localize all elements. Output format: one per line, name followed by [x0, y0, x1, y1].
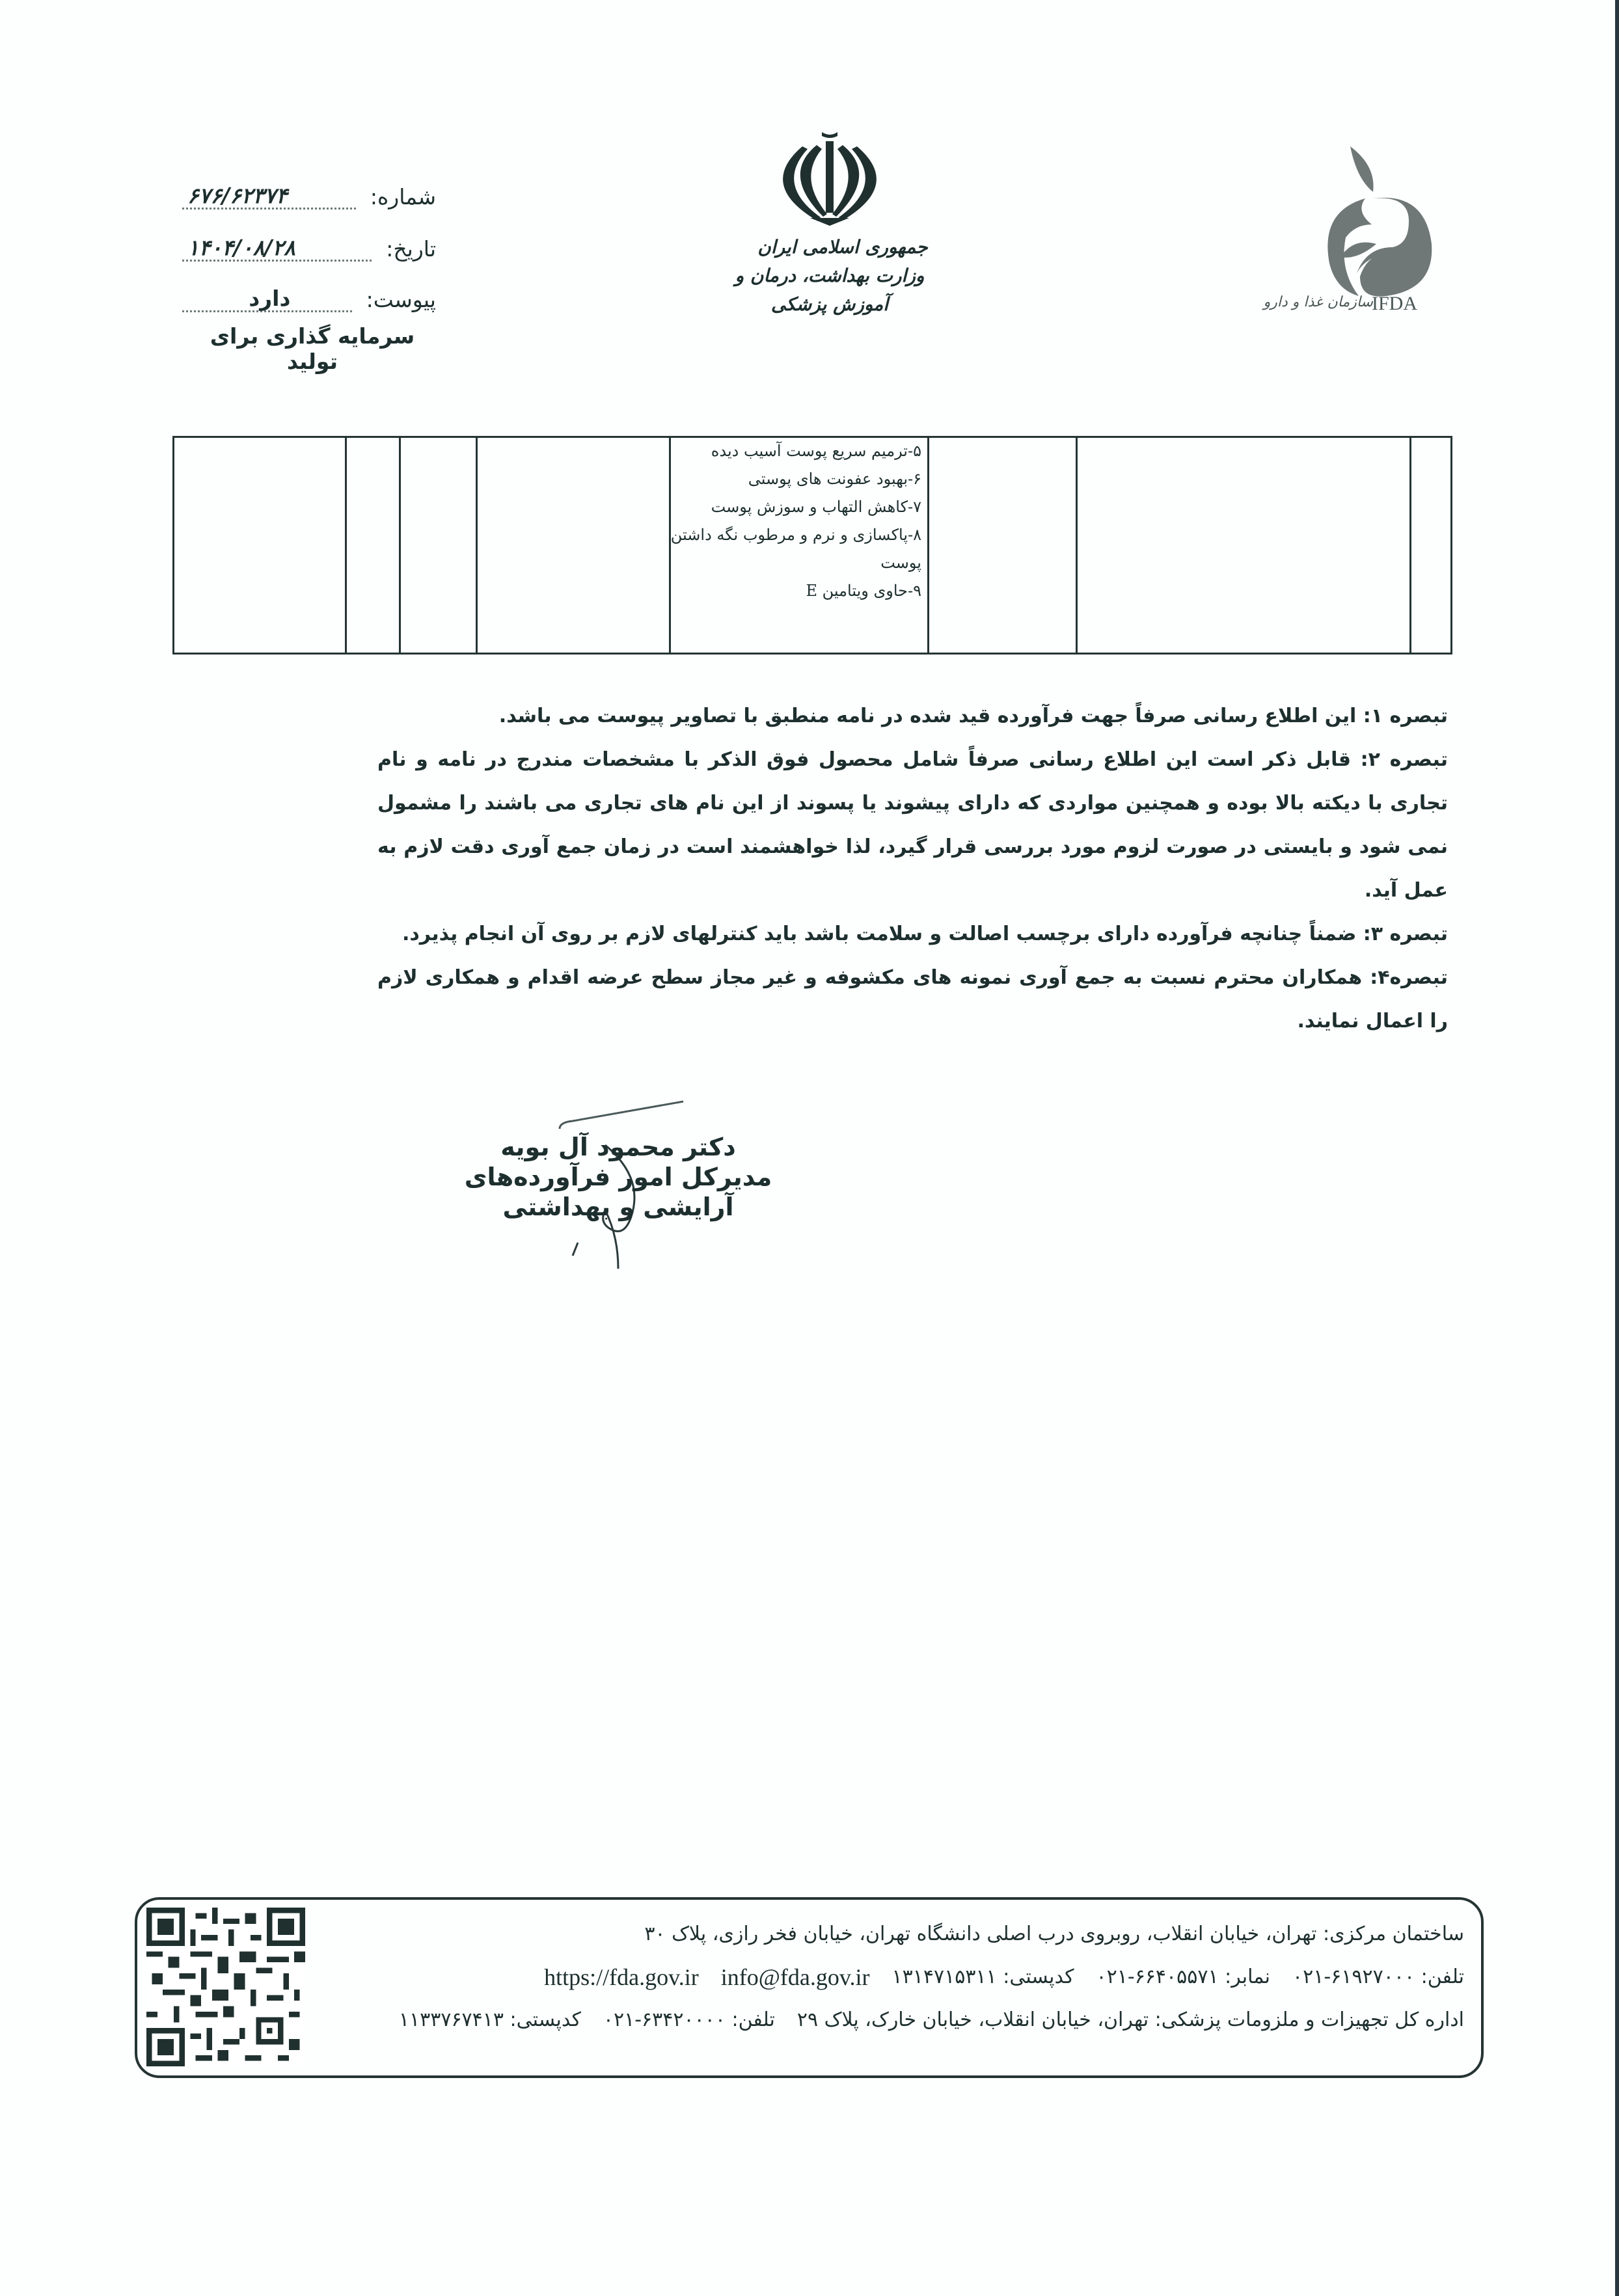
description-item: ۹-حاوی ویتامین E — [669, 577, 921, 605]
email-link[interactable]: info@fda.gov.ir — [721, 1956, 870, 1999]
attachment-label: پیوست: — [366, 287, 436, 312]
table-divider — [476, 438, 478, 653]
date-value: ۱۴۰۴/۰۸/۲۸ — [182, 237, 372, 262]
note-label: تبصره۴: — [1370, 966, 1448, 989]
note-3: تبصره ۳: ضمناً چنانچه فرآورده دارای برچس… — [377, 912, 1448, 956]
description-item: پوست — [669, 549, 921, 577]
table-divider — [345, 438, 347, 653]
central-contacts: تلفن: ۶۱۹۲۷۰۰۰-۰۲۱ نمابر: ۶۶۴۰۵۵۷۱-۰۲۱ ک… — [312, 1956, 1464, 1999]
iran-emblem-icon — [771, 127, 888, 231]
fax: نمابر: ۶۶۴۰۵۵۷۱-۰۲۱ — [1096, 1956, 1270, 1999]
footer-contact: ساختمان مرکزی: تهران، خیابان انقلاب، روب… — [312, 1913, 1464, 2042]
website-link[interactable]: https://fda.gov.ir — [544, 1956, 699, 1999]
note-2: تبصره ۲: قابل ذکر است این اطلاع رسانی صر… — [377, 738, 1448, 912]
note-text: قابل ذکر است این اطلاع رسانی صرفاً شامل … — [377, 748, 1448, 902]
equipment-phone: تلفن: ۶۳۴۲۰۰۰۰-۰۲۱ — [603, 1999, 775, 2042]
note-label: تبصره ۳: — [1363, 923, 1448, 945]
note-label: تبصره ۲: — [1361, 748, 1448, 771]
notes-section: تبصره ۱: این اطلاع رسانی صرفاً جهت فرآور… — [377, 694, 1448, 1043]
description-item: ۸-پاکسازی و نرم و مرطوب نگه داشتن — [669, 521, 921, 549]
note-label: تبصره ۱: — [1363, 705, 1448, 727]
number-label: شماره: — [370, 184, 436, 209]
signature-block: دکتر محمود آل بویه مدیرکل امور فرآورده‌ه… — [456, 1132, 781, 1222]
table-divider — [399, 438, 401, 653]
qr-code-icon[interactable] — [146, 1908, 305, 2066]
ifda-name-fa: سازمان غذا و دارو — [1249, 294, 1373, 310]
table-divider — [1409, 438, 1411, 653]
slogan: سرمایه گذاری برای تولید — [205, 323, 420, 374]
description-item: ۶-بهبود عفونت های پوستی — [669, 465, 921, 493]
attachment-value: دارد — [182, 288, 352, 312]
product-description-cell: ۵-ترمیم سریع پوست آسیب دیده ۶-بهبود عفون… — [669, 437, 925, 605]
note-1: تبصره ۱: این اطلاع رسانی صرفاً جهت فرآور… — [377, 694, 1448, 738]
phone: تلفن: ۶۱۹۲۷۰۰۰-۰۲۱ — [1292, 1956, 1464, 1999]
note-text: این اطلاع رسانی صرفاً جهت فرآورده قید شد… — [499, 705, 1357, 727]
table-divider — [927, 438, 929, 653]
scan-edge — [1615, 0, 1619, 2296]
postal-code: کدپستی: ۱۳۱۴۷۱۵۳۱۱ — [892, 1956, 1074, 1999]
ministry-name: وزارت بهداشت، درمان و آموزش پزشکی — [709, 262, 950, 319]
date-row: تاریخ: ۱۴۰۴/۰۸/۲۸ — [182, 229, 436, 262]
signatory-title: آرایشی و بهداشتی — [456, 1192, 781, 1222]
central-address-text: ساختمان مرکزی: تهران، خیابان انقلاب، روب… — [644, 1913, 1464, 1956]
description-item: ۷-کاهش التهاب و سوزش پوست — [669, 493, 921, 521]
attachment-row: پیوست: دارد — [182, 280, 436, 312]
ministry-heading: جمهوری اسلامی ایران وزارت بهداشت، درمان … — [709, 233, 950, 319]
equipment-office: اداره کل تجهیزات و ملزومات پزشکی: تهران،… — [312, 1999, 1464, 2042]
description-item: ۵-ترمیم سریع پوست آسیب دیده — [669, 437, 921, 465]
table-divider — [1076, 438, 1078, 653]
ifda-name-en: IFDA — [1372, 293, 1417, 315]
republic-name: جمهوری اسلامی ایران — [709, 233, 950, 262]
note-4: تبصره۴: همکاران محترم نسبت به جمع آوری ن… — [377, 956, 1448, 1043]
signatory-name: دکتر محمود آل بویه — [456, 1132, 781, 1162]
central-address: ساختمان مرکزی: تهران، خیابان انقلاب، روب… — [312, 1913, 1464, 1956]
note-text: همکاران محترم نسبت به جمع آوری نمونه های… — [377, 966, 1448, 1033]
equipment-office-address: اداره کل تجهیزات و ملزومات پزشکی: تهران،… — [797, 1999, 1464, 2042]
number-row: شماره: ۶۷۶/۶۲۳۷۴ — [182, 177, 436, 209]
date-label: تاریخ: — [386, 236, 436, 262]
number-value: ۶۷۶/۶۲۳۷۴ — [182, 185, 356, 209]
equipment-postal: کدپستی: ۱۱۳۳۷۶۷۴۱۳ — [399, 1999, 581, 2042]
note-text: ضمناً چنانچه فرآورده دارای برچسب اصالت و… — [402, 923, 1356, 945]
signatory-title: مدیرکل امور فرآورده‌های — [456, 1162, 781, 1192]
